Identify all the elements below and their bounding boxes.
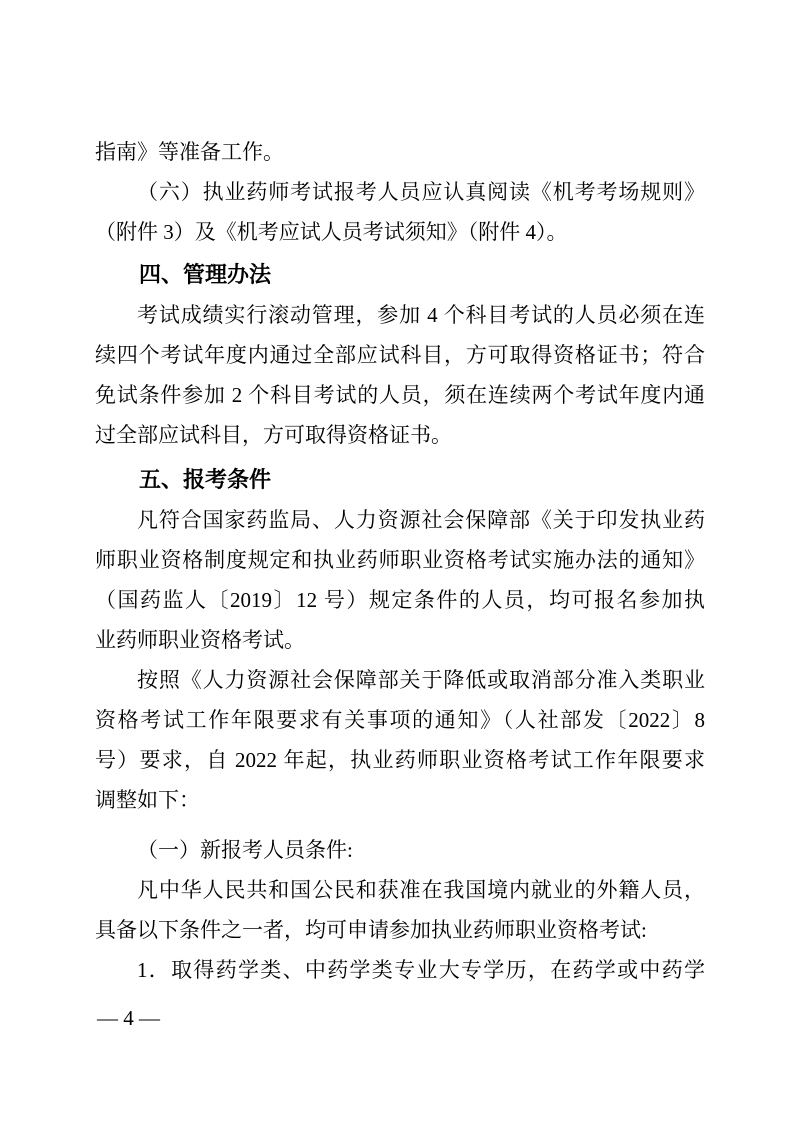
doc-line: （六）执业药师考试报考人员应认真阅读《机考考场规则》 xyxy=(95,172,705,212)
subheading-new-applicants: （一）新报考人员条件: xyxy=(95,830,705,870)
doc-line: 业药师职业资格考试。 xyxy=(95,620,705,660)
doc-line: 师职业资格制度规定和执业药师职业资格考试实施办法的通知》 xyxy=(95,540,705,580)
doc-line: 考试成绩实行滚动管理，参加 4 个科目考试的人员必须在连 xyxy=(95,295,705,335)
doc-line: （附件 3）及《机考应试人员考试须知》（附件 4）。 xyxy=(95,212,705,252)
doc-line: （国药监人〔2019〕12 号）规定条件的人员，均可报名参加执 xyxy=(95,580,705,620)
doc-line: 按照《人力资源社会保障部关于降低或取消部分准入类职业 xyxy=(95,660,705,700)
page-number: — 4 — xyxy=(97,1003,160,1033)
doc-line: 资格考试工作年限要求有关事项的通知》（人社部发〔2022〕8 xyxy=(95,700,705,740)
doc-line: 免试条件参加 2 个科目考试的人员，须在连续两个考试年度内通 xyxy=(95,375,705,415)
document-body: 指南》等准备工作。 （六）执业药师考试报考人员应认真阅读《机考考场规则》 （附件… xyxy=(95,132,705,990)
doc-line: 指南》等准备工作。 xyxy=(95,132,705,172)
doc-line: 调整如下： xyxy=(95,780,705,820)
section-heading-requirements: 五、报考条件 xyxy=(95,460,705,500)
doc-line: 过全部应试科目，方可取得资格证书。 xyxy=(95,415,705,455)
doc-line: 凡中华人民共和国公民和获准在我国境内就业的外籍人员， xyxy=(95,870,705,910)
doc-line: 凡符合国家药监局、人力资源社会保障部《关于印发执业药 xyxy=(95,500,705,540)
doc-line: 号）要求，自 2022 年起，执业药师职业资格考试工作年限要求 xyxy=(95,740,705,780)
document-page: 指南》等准备工作。 （六）执业药师考试报考人员应认真阅读《机考考场规则》 （附件… xyxy=(0,0,794,1123)
doc-line: 续四个考试年度内通过全部应试科目，方可取得资格证书；符合 xyxy=(95,335,705,375)
doc-line: 具备以下条件之一者，均可申请参加执业药师职业资格考试: xyxy=(95,910,705,950)
doc-line: 1．取得药学类、中药学类专业大专学历，在药学或中药学 xyxy=(95,950,705,990)
section-heading-management: 四、管理办法 xyxy=(95,255,705,295)
